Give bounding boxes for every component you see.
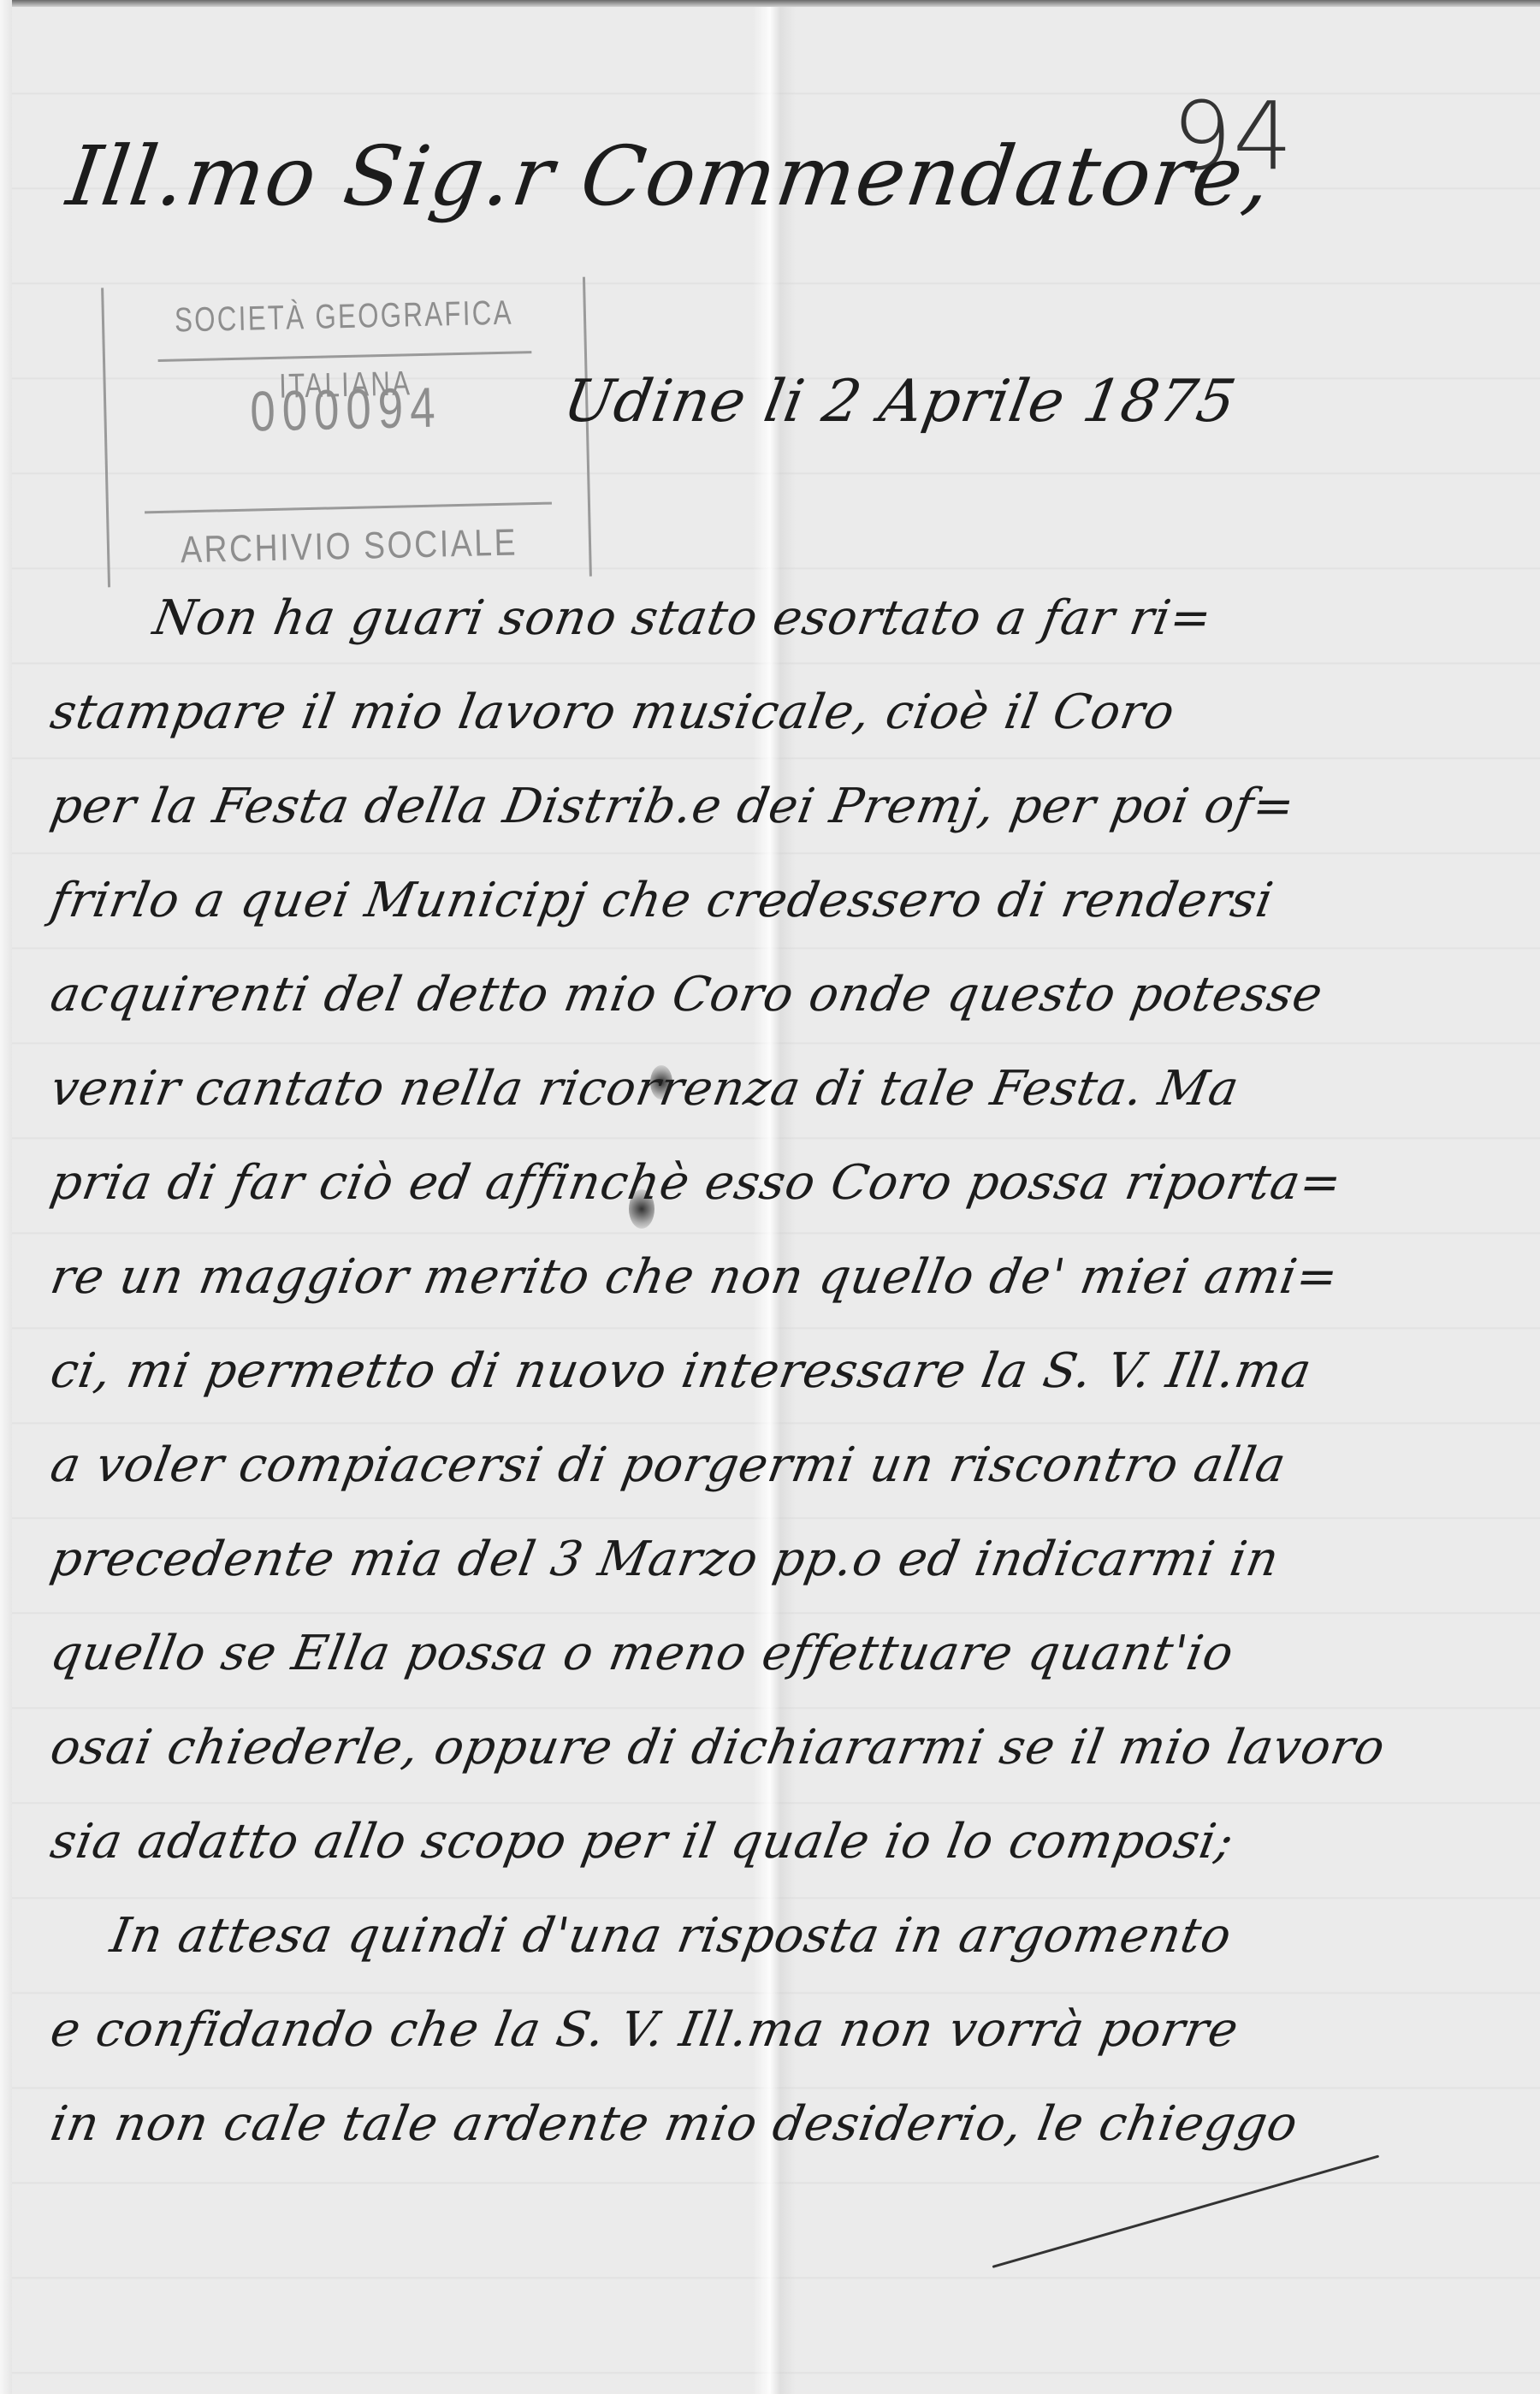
ink-blot: [650, 1065, 672, 1099]
stamp-inventory-number: 000094: [154, 372, 539, 446]
letter-line: precedente mia del 3 Marzo pp.o ed indic…: [46, 1532, 1283, 1587]
letter-line: venir cantato nella ricorrenza di tale F…: [46, 1061, 1243, 1117]
page-left-edge: [0, 0, 12, 2394]
archive-stamp: SOCIETÀ GEOGRAFICA ITALIANA 000094 ARCHI…: [101, 277, 592, 588]
letter-line: re un maggior merito che non quello de' …: [46, 1249, 1342, 1305]
letter-line: frirlo a quei Municipj che credessero di…: [46, 873, 1277, 928]
letter-line: per la Festa della Distrib.e dei Premj, …: [46, 779, 1299, 834]
letter-line: quello se Ella possa o meno effettuare q…: [46, 1626, 1238, 1681]
dateline: Udine li 2 Aprile 1875: [559, 368, 1241, 436]
closing-flourish-stroke: [992, 2155, 1380, 2268]
letter-line: Non ha guari sono stato esortato a far r…: [149, 590, 1217, 646]
letter-line: ci, mi permetto di nuovo interessare la …: [46, 1343, 1316, 1399]
letter-line: in non cale tale ardente mio desiderio, …: [46, 2096, 1302, 2152]
stamp-archive-label: ARCHIVIO SOCIALE: [145, 502, 554, 583]
letter-line: In attesa quindi d'una risposta in argom…: [106, 1908, 1235, 1964]
letter-line: stampare il mio lavoro musicale, cioè il…: [46, 684, 1179, 740]
letter-line: e confidando che la S. V. Ill.ma non vor…: [46, 2002, 1243, 2058]
stamp-society-name: SOCIETÀ GEOGRAFICA ITALIANA: [157, 278, 532, 362]
salutation: Ill.mo Sig.r Commendatore,: [62, 128, 1278, 224]
ink-blot: [629, 1189, 654, 1229]
letter-line: acquirenti del detto mio Coro onde quest…: [46, 967, 1327, 1022]
letter-line: pria di far ciò ed affinchè esso Coro po…: [46, 1155, 1346, 1211]
letter-line: a voler compiacersi di porgermi un risco…: [46, 1437, 1290, 1493]
letter-line: osai chiederle, oppure di dichiararmi se…: [46, 1720, 1389, 1775]
letter-line: sia adatto allo scopo per il quale io lo…: [46, 1814, 1238, 1870]
letter-page: 94 Ill.mo Sig.r Commendatore, SOCIETÀ GE…: [0, 0, 1540, 2394]
page-top-edge: [0, 0, 1540, 7]
